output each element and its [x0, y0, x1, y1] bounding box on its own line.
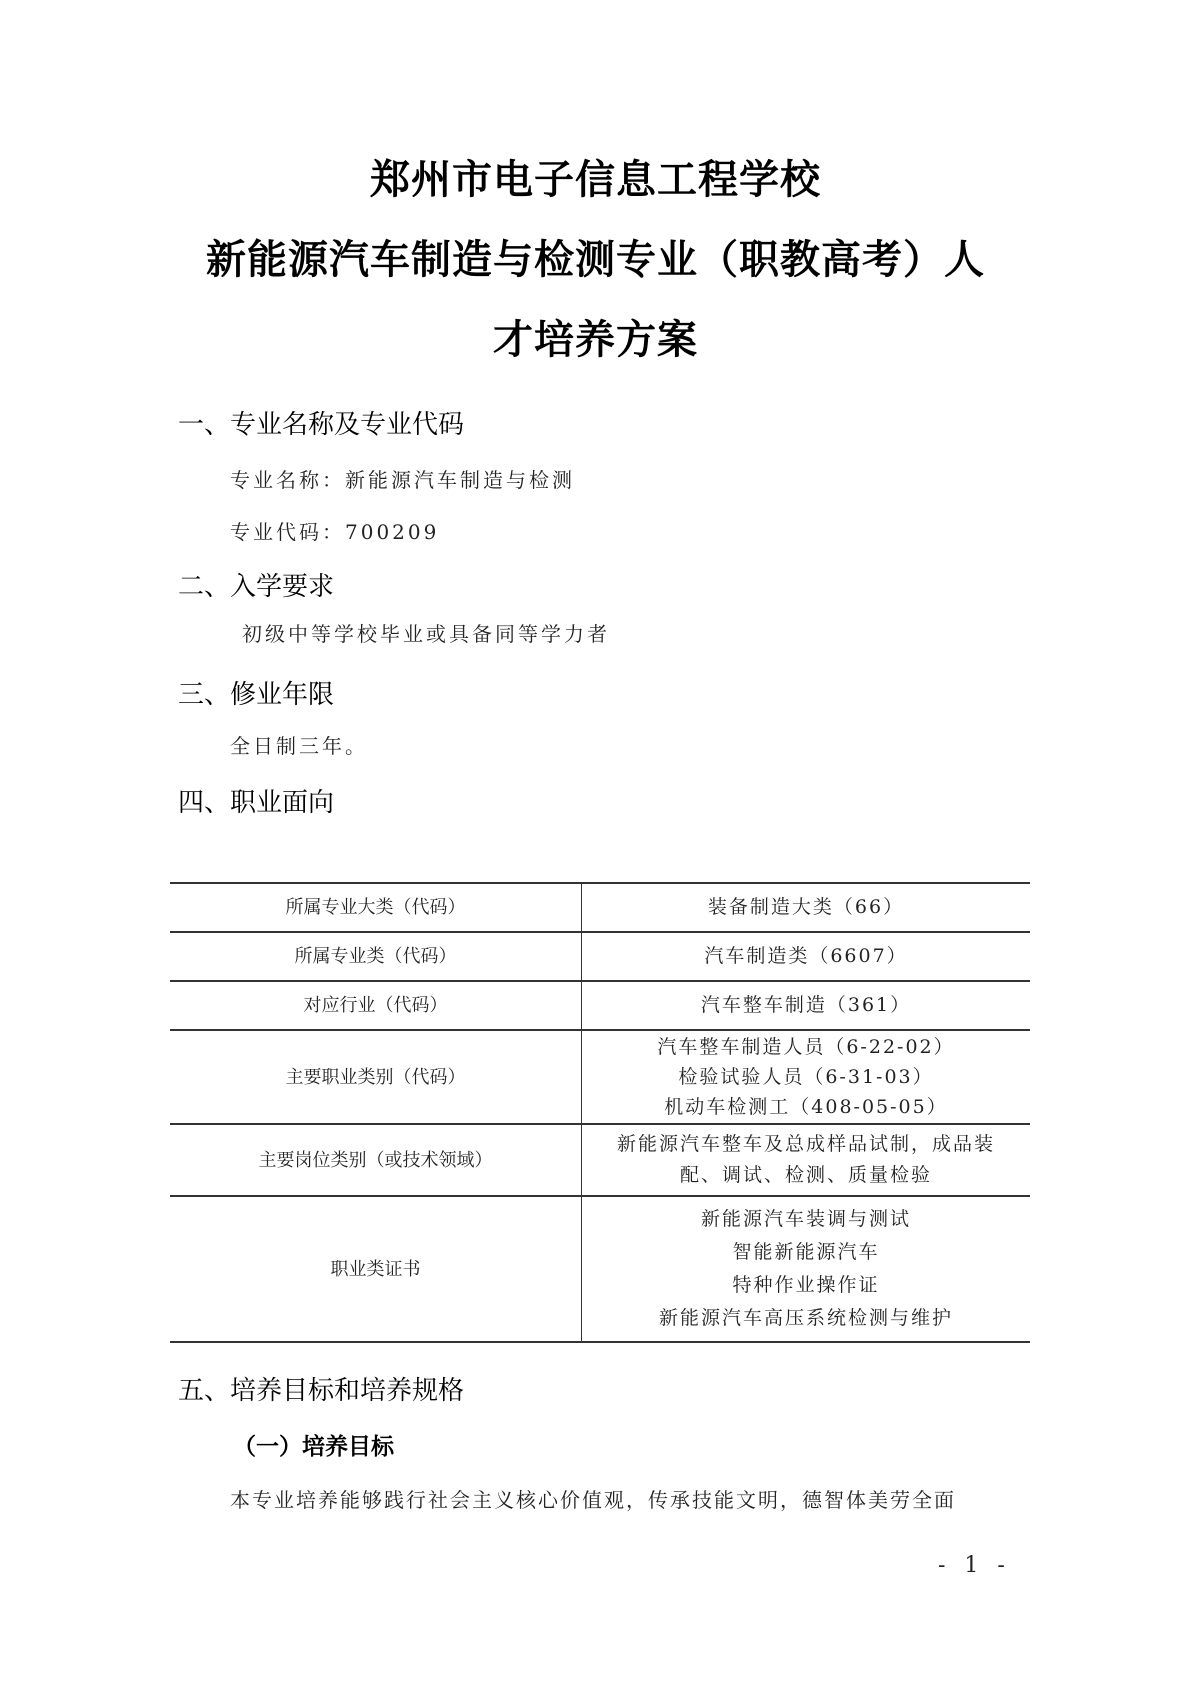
- section-heading-training-goals: 五、培养目标和培养规格: [178, 1370, 464, 1407]
- document-title-line-1: 郑州市电子信息工程学校: [0, 148, 1191, 205]
- table-row: 所属专业大类（代码） 装备制造大类（66）: [170, 883, 1030, 932]
- table-cell-value: 新能源汽车整车及总成样品试制，成品装 配、调试、检测、质量检验: [582, 1124, 1031, 1196]
- table-row: 对应行业（代码） 汽车整车制造（361）: [170, 981, 1030, 1030]
- table-cell-label: 所属专业类（代码）: [170, 932, 582, 981]
- section-heading-career: 四、职业面向: [178, 782, 334, 819]
- table-row: 所属专业类（代码） 汽车制造类（6607）: [170, 932, 1030, 981]
- document-title-line-3: 才培养方案: [0, 308, 1191, 365]
- table-cell-label: 主要岗位类别（或技术领域）: [170, 1124, 582, 1196]
- table-cell-label: 所属专业大类（代码）: [170, 883, 582, 932]
- table-cell-label: 对应行业（代码）: [170, 981, 582, 1030]
- training-objective-text: 本专业培养能够践行社会主义核心价值观，传承技能文明，德智体美劳全面: [230, 1484, 956, 1513]
- table-cell-value: 新能源汽车装调与测试 智能新能源汽车 特种作业操作证 新能源汽车高压系统检测与维…: [582, 1196, 1031, 1342]
- table-row: 主要岗位类别（或技术领域） 新能源汽车整车及总成样品试制，成品装 配、调试、检测…: [170, 1124, 1030, 1196]
- career-orientation-table: 所属专业大类（代码） 装备制造大类（66） 所属专业类（代码） 汽车制造类（66…: [170, 882, 1030, 1343]
- section-heading-admission: 二、入学要求: [178, 566, 334, 603]
- table-cell-label: 主要职业类别（代码）: [170, 1030, 582, 1124]
- page-number: - 1 -: [938, 1553, 1011, 1578]
- table-cell-value: 装备制造大类（66）: [582, 883, 1031, 932]
- table-cell-value: 汽车制造类（6607）: [582, 932, 1031, 981]
- section-heading-duration: 三、修业年限: [178, 674, 334, 711]
- major-code-line: 专业代码：700209: [230, 516, 439, 545]
- table-cell-value: 汽车整车制造（361）: [582, 981, 1031, 1030]
- subheading-training-objective: （一）培养目标: [233, 1428, 394, 1461]
- major-name-line: 专业名称：新能源汽车制造与检测: [230, 464, 575, 493]
- table-cell-label: 职业类证书: [170, 1196, 582, 1342]
- table-row: 主要职业类别（代码） 汽车整车制造人员（6-22-02） 检验试验人员（6-31…: [170, 1030, 1030, 1124]
- table-cell-value: 汽车整车制造人员（6-22-02） 检验试验人员（6-31-03） 机动车检测工…: [582, 1030, 1031, 1124]
- document-title-line-2: 新能源汽车制造与检测专业（职教高考）人: [0, 228, 1191, 285]
- section-heading-major-name: 一、专业名称及专业代码: [178, 404, 464, 441]
- admission-requirement: 初级中等学校毕业或具备同等学力者: [242, 618, 610, 647]
- duration-text: 全日制三年。: [230, 730, 368, 759]
- table-row: 职业类证书 新能源汽车装调与测试 智能新能源汽车 特种作业操作证 新能源汽车高压…: [170, 1196, 1030, 1342]
